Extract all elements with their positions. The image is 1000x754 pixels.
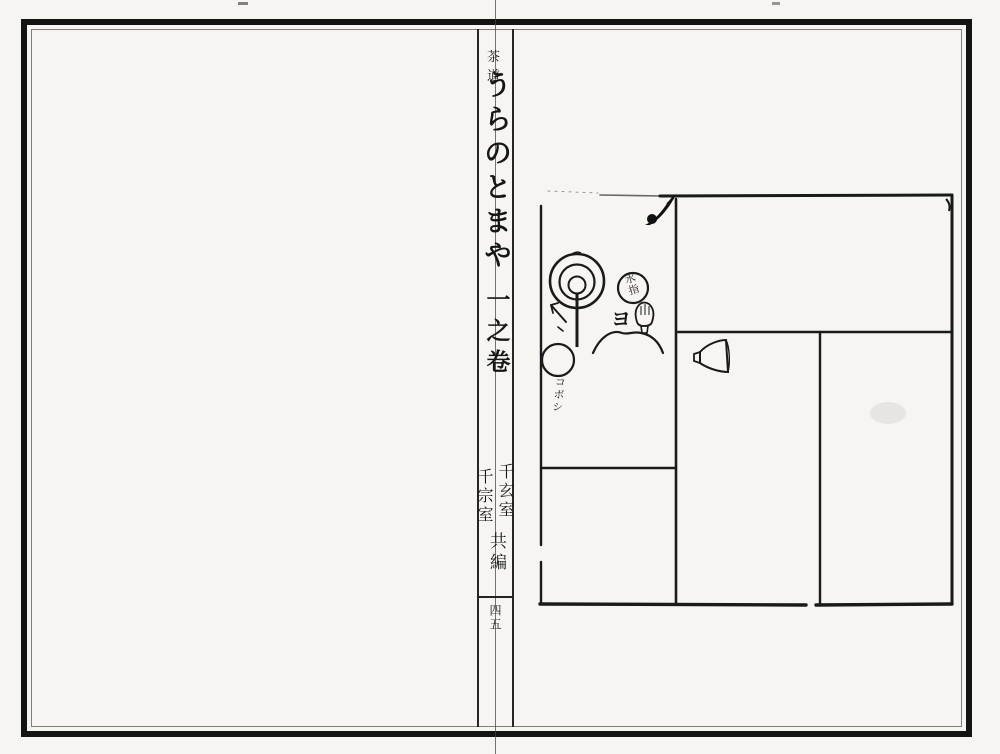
book-title: うらのとまや — [482, 70, 510, 274]
book-scan: 茶道 うらのとまや 一之卷 千玄室 千宗室 共編 四五 水指 ヨ コボシ — [0, 0, 1000, 754]
editor-label: 共編 — [487, 532, 504, 574]
author-name: 千玄室 — [497, 463, 513, 520]
page-number: 四五 — [489, 604, 501, 632]
yo-mark-label: ヨ — [611, 303, 631, 332]
scan-specks — [238, 2, 780, 5]
spine-column-rule-left — [477, 29, 479, 727]
page-number-divider — [478, 596, 513, 598]
author-name: 千宗室 — [476, 468, 492, 525]
volume-label: 一之卷 — [484, 287, 508, 380]
